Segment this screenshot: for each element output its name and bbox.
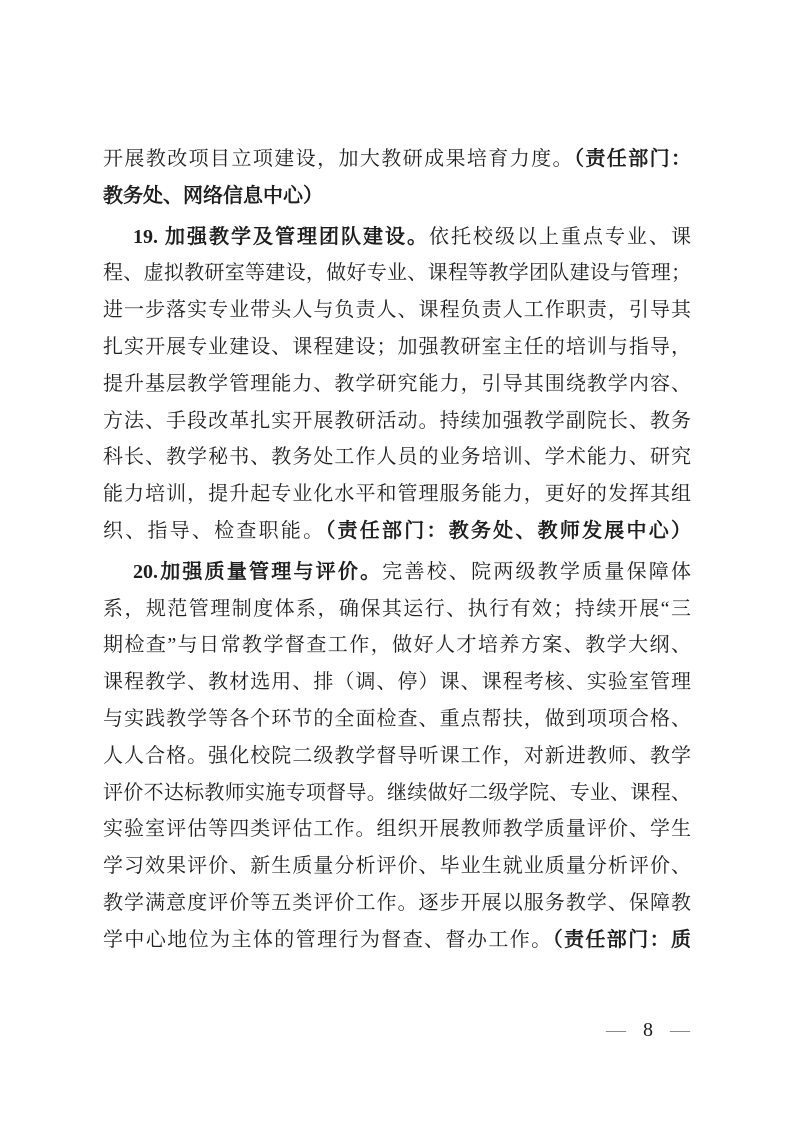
page-footer: — 8 — bbox=[606, 1019, 690, 1042]
text-line: 学习效果评价、新生质量分析评价、毕业生就业质量分析评价、 bbox=[103, 848, 691, 885]
text-segment: 与实践教学等各个环节的全面检查、重点帮扶，做到项项合格、 bbox=[103, 708, 691, 730]
text-segment: 人人合格。强化校院二级教学督导听课工作，对新进教师、教学 bbox=[103, 745, 691, 767]
text-segment: 完善校、院两级教学质量保障体 bbox=[382, 561, 691, 583]
text-segment: 教学满意度评价等五类评价工作。逐步开展以服务教学、保障教 bbox=[103, 892, 691, 914]
document-page: 开展教改项目立项建设，加大教研成果培育力度。（责任部门：教务处、网络信息中心）1… bbox=[0, 0, 793, 1122]
bold-text-segment: （责任部门： bbox=[574, 148, 691, 170]
text-line: 程、虚拟教研室等建设，做好专业、课程等教学团队建设与管理； bbox=[103, 255, 691, 292]
bold-text-segment: （责任部门：质 bbox=[553, 929, 691, 951]
text-line: 能力培训，提升起专业化水平和管理服务能力，更好的发挥其组 bbox=[103, 476, 691, 513]
text-line: 进一步落实专业带头人与负责人、课程负责人工作职责，引导其 bbox=[103, 292, 691, 329]
text-segment: 织、指导、检查职能。 bbox=[103, 520, 325, 542]
text-line: 人人合格。强化校院二级教学督导听课工作，对新进教师、教学 bbox=[103, 738, 691, 775]
text-segment: 依托校级以上重点专业、课 bbox=[429, 226, 691, 248]
text-line: 提升基层教学管理能力、教学研究能力，引导其围绕教学内容、 bbox=[103, 366, 691, 403]
text-segment: 评价不达标教师实施专项督导。继续做好二级学院、专业、课程、 bbox=[103, 782, 691, 804]
paragraph: 20.加强质量管理与评价。完善校、院两级教学质量保障体系，规范管理制度体系，确保… bbox=[103, 554, 691, 959]
text-segment: 提升基层教学管理能力、教学研究能力，引导其围绕教学内容、 bbox=[103, 373, 691, 395]
footer-right-dash: — bbox=[670, 1019, 690, 1042]
text-segment: 科长、教学秘书、教务处工作人员的业务培训、学术能力、研究 bbox=[103, 446, 691, 468]
text-segment: 期检查”与日常教学督查工作，做好人才培养方案、教学大纲、 bbox=[103, 634, 691, 656]
bold-text-segment: 20.加强质量管理与评价。 bbox=[133, 561, 382, 583]
footer-left-dash: — bbox=[606, 1019, 626, 1042]
text-line: 课程教学、教材选用、排（调、停）课、课程考核、实验室管理 bbox=[103, 664, 691, 701]
paragraph: 19. 加强教学及管理团队建设。依托校级以上重点专业、课程、虚拟教研室等建设，做… bbox=[103, 219, 691, 550]
text-line: 与实践教学等各个环节的全面检查、重点帮扶，做到项项合格、 bbox=[103, 701, 691, 738]
text-segment: 能力培训，提升起专业化水平和管理服务能力，更好的发挥其组 bbox=[103, 483, 691, 505]
text-segment: 学习效果评价、新生质量分析评价、毕业生就业质量分析评价、 bbox=[103, 855, 691, 877]
bold-text-segment: 教务处、网络信息中心） bbox=[103, 185, 323, 207]
bold-text-segment: 19. 加强教学及管理团队建设。 bbox=[133, 226, 429, 248]
text-line: 学中心地位为主体的管理行为督查、督办工作。（责任部门：质 bbox=[103, 922, 691, 959]
text-segment: 实验室评估等四类评估工作。组织开展教师教学质量评价、学生 bbox=[103, 818, 691, 840]
text-line: 教务处、网络信息中心） bbox=[103, 178, 691, 215]
text-segment: 扎实开展专业建设、课程建设；加强教研室主任的培训与指导， bbox=[103, 336, 691, 358]
bold-text-segment: （责任部门：教务处、教师发展中心） bbox=[325, 520, 691, 542]
text-segment: 学中心地位为主体的管理行为督查、督办工作。 bbox=[103, 929, 553, 951]
text-segment: 进一步落实专业带头人与负责人、课程负责人工作职责，引导其 bbox=[103, 299, 691, 321]
text-segment: 开展教改项目立项建设，加大教研成果培育力度。 bbox=[103, 148, 574, 170]
text-line: 19. 加强教学及管理团队建设。依托校级以上重点专业、课 bbox=[103, 219, 691, 256]
text-segment: 方法、手段改革扎实开展教研活动。持续加强教学副院长、教务 bbox=[103, 410, 691, 432]
text-line: 系，规范管理制度体系，确保其运行、执行有效；持续开展“三 bbox=[103, 591, 691, 628]
text-line: 教学满意度评价等五类评价工作。逐步开展以服务教学、保障教 bbox=[103, 885, 691, 922]
text-line: 织、指导、检查职能。（责任部门：教务处、教师发展中心） bbox=[103, 513, 691, 550]
text-segment: 课程教学、教材选用、排（调、停）课、课程考核、实验室管理 bbox=[103, 671, 691, 693]
text-line: 评价不达标教师实施专项督导。继续做好二级学院、专业、课程、 bbox=[103, 775, 691, 812]
text-line: 实验室评估等四类评估工作。组织开展教师教学质量评价、学生 bbox=[103, 811, 691, 848]
document-body: 开展教改项目立项建设，加大教研成果培育力度。（责任部门：教务处、网络信息中心）1… bbox=[103, 141, 691, 959]
text-segment: 程、虚拟教研室等建设，做好专业、课程等教学团队建设与管理； bbox=[103, 262, 691, 284]
text-line: 方法、手段改革扎实开展教研活动。持续加强教学副院长、教务 bbox=[103, 403, 691, 440]
text-line: 20.加强质量管理与评价。完善校、院两级教学质量保障体 bbox=[103, 554, 691, 591]
text-line: 期检查”与日常教学督查工作，做好人才培养方案、教学大纲、 bbox=[103, 627, 691, 664]
text-line: 扎实开展专业建设、课程建设；加强教研室主任的培训与指导， bbox=[103, 329, 691, 366]
paragraph: 开展教改项目立项建设，加大教研成果培育力度。（责任部门：教务处、网络信息中心） bbox=[103, 141, 691, 215]
text-line: 科长、教学秘书、教务处工作人员的业务培训、学术能力、研究 bbox=[103, 439, 691, 476]
text-line: 开展教改项目立项建设，加大教研成果培育力度。（责任部门： bbox=[103, 141, 691, 178]
page-number: 8 bbox=[643, 1019, 653, 1042]
text-segment: 系，规范管理制度体系，确保其运行、执行有效；持续开展“三 bbox=[103, 598, 691, 620]
